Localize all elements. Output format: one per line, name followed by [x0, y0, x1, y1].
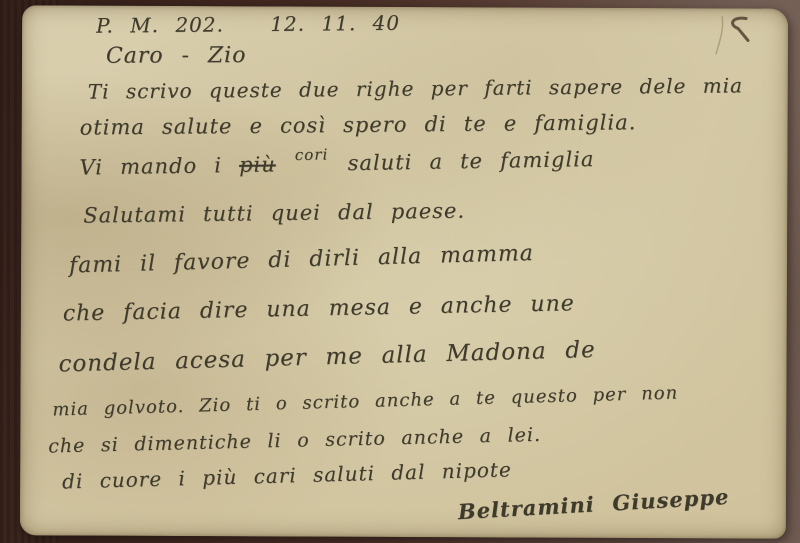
- body-line-3-with-correction: Vi mando i più cori saluti a te famiglia: [79, 147, 594, 180]
- body-line-10: di cuore i più cari saluti dal nipote: [62, 457, 512, 493]
- body-line-6: che facia dire una mesa e anche une: [63, 291, 575, 326]
- body-line-5: fami il favore di dirli alla mamma: [69, 241, 535, 279]
- photo-background: P. M. 202. 12. 11. 40 Caro - Zio Ti scri…: [0, 0, 800, 543]
- corner-crease: [702, 14, 760, 62]
- body-line-2: otima salute e così spero di te e famigl…: [80, 110, 637, 139]
- salutation-line: Caro - Zio: [106, 43, 247, 69]
- body-line-7: condela acesa per me alla Madona de: [58, 337, 596, 378]
- strikethrough-word: più: [239, 152, 276, 177]
- body-line-1: Ti scrivo queste due righe per farti sap…: [88, 73, 743, 103]
- correction-suffix: saluti a te famiglia: [347, 147, 594, 175]
- body-line-9: che si dimentiche li o scrito anche a le…: [48, 424, 541, 458]
- date: 12. 11. 40: [270, 11, 400, 36]
- correction-prefix: Vi mando i: [79, 153, 239, 180]
- body-line-8: mia golvoto. Zio ti o scrito anche a te …: [52, 383, 678, 421]
- signature-line: Beltramini Giuseppe: [457, 484, 730, 524]
- inserted-word-above: cori: [295, 145, 329, 164]
- body-line-4: Salutami tutti quei dal paese.: [83, 199, 465, 228]
- header-line: P. M. 202. 12. 11. 40: [96, 11, 400, 38]
- field-post-number: P. M. 202.: [96, 12, 224, 37]
- postcard: P. M. 202. 12. 11. 40 Caro - Zio Ti scri…: [20, 5, 788, 538]
